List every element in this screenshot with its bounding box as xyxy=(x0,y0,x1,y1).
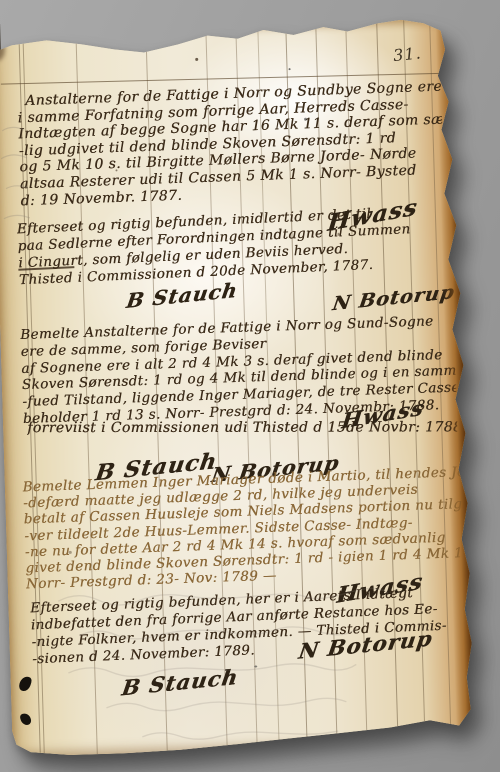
ink-bleedthrough xyxy=(48,570,453,752)
ink-speck xyxy=(195,58,198,61)
ink-speck xyxy=(304,118,307,121)
ink-speck xyxy=(69,551,72,554)
page-number: 31. xyxy=(392,43,422,65)
photo-backdrop: 31. Anstalterne for de Fattige i Norr og… xyxy=(0,0,500,772)
ink-speck xyxy=(115,169,117,171)
entry-1787-paragraph: Anstalterne for de Fattige i Norr og Sun… xyxy=(17,79,445,210)
ink-speck xyxy=(289,68,291,70)
ink-speck xyxy=(337,233,339,236)
ink-speck xyxy=(392,319,394,321)
manuscript-page: 31. Anstalterne for de Fattige i Norr og… xyxy=(0,17,475,758)
page-corner-shadow xyxy=(0,39,5,61)
binding-notch xyxy=(19,712,32,726)
ink-bleedthrough xyxy=(0,118,40,249)
binding-notch xyxy=(18,675,33,692)
page-shadow-wrap: 31. Anstalterne for de Fattige i Norr og… xyxy=(0,0,500,772)
